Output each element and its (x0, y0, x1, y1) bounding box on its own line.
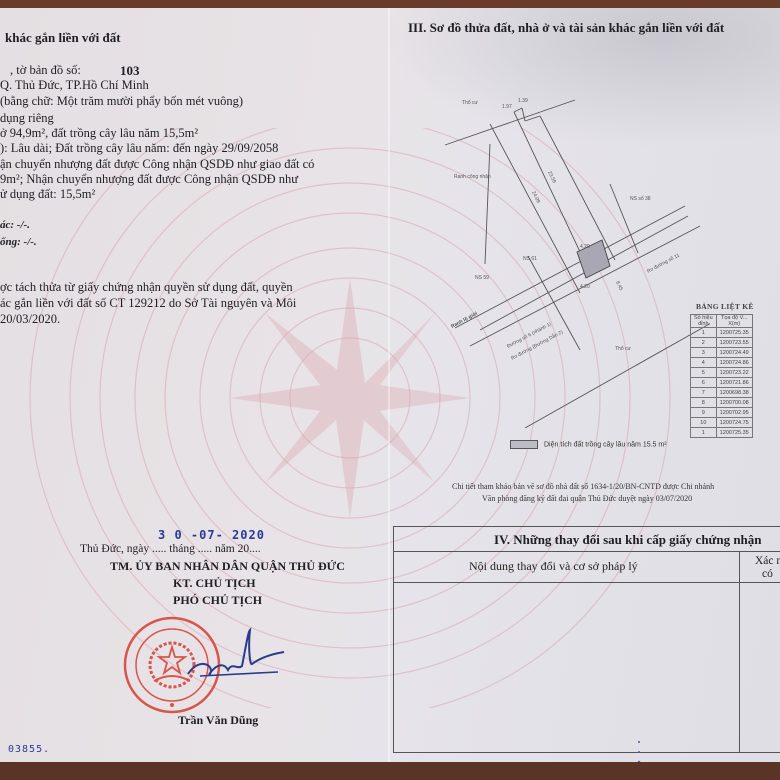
info-line: ử dụng đất: 15,5m² (0, 187, 95, 202)
coord-row: 81200700.08 (691, 398, 753, 408)
svg-text:Ranh lộ giới: Ranh lộ giới (450, 311, 479, 330)
extra-line: ác: -/-. (0, 219, 30, 231)
perforation-mark (635, 738, 643, 764)
coord-cell: 1200723.22 (716, 368, 752, 378)
info-line: 9m²; Nhận chuyển nhượng đất được Công nh… (0, 172, 298, 187)
coord-row: 91200702.95 (691, 408, 753, 418)
left-header: khác gắn liền với đất (5, 30, 121, 46)
coord-cell: 1 (691, 328, 717, 338)
info-line: Q. Thủ Đức, TP.Hồ Chí Minh (0, 78, 149, 93)
svg-text:Ranh công nhận: Ranh công nhận (454, 174, 491, 180)
coord-cell: 1200724.49 (716, 348, 752, 358)
legend-text: Diện tích đất trồng cây lâu năm 15.5 m² (544, 441, 667, 448)
coord-row: 51200723.22 (691, 368, 753, 378)
land-plot-diagram: Thổ cư 1.97 1.39 23.59 24.09 4.29 4.20 8… (430, 88, 710, 428)
svg-text:8.45: 8.45 (614, 280, 624, 292)
coord-cell: 5 (691, 368, 717, 378)
coord-header: Số hiệuđỉnh (691, 315, 717, 328)
reference-note: Chi tiết tham khảo bản vẽ sơ đồ nhà đất … (452, 482, 714, 491)
coord-cell: 3 (691, 348, 717, 358)
section4-col2-header: Xác n (755, 555, 780, 567)
svg-text:NS số 38: NS số 38 (630, 196, 651, 202)
svg-text:4.29: 4.29 (580, 244, 590, 250)
svg-text:23.59: 23.59 (546, 170, 557, 184)
coord-cell: 1200725.35 (716, 328, 752, 338)
origin-line: ợc tách thửa từ giấy chứng nhận quyền sử… (0, 280, 293, 295)
legend-swatch (510, 440, 538, 449)
plot-legend: Diện tích đất trồng cây lâu năm 15.5 m² (510, 440, 667, 449)
coord-row: 11200725.35 (691, 328, 753, 338)
coord-row: 41200724.86 (691, 358, 753, 368)
reference-note: Văn phòng đăng ký đất đai quận Thủ Đức d… (482, 494, 692, 503)
section4-col2-header: có (762, 568, 773, 580)
coord-cell: 6 (691, 378, 717, 388)
svg-text:1.97: 1.97 (502, 104, 512, 110)
section4-col1-header: Nội dung thay đổi và cơ sở pháp lý (469, 559, 638, 574)
coord-cell: 7 (691, 388, 717, 398)
section3-title: III. Sơ đồ thửa đất, nhà ở và tài sản kh… (408, 20, 724, 36)
signer-name: Trần Văn Dũng (178, 713, 258, 728)
coord-table-title: BẢNG LIỆT KÊ (696, 302, 780, 311)
organization: TM. ỦY BAN NHÂN DÂN QUẬN THỦ ĐỨC (110, 559, 345, 574)
certificate-page: khác gắn liền với đất , tờ bản đồ số: 10… (0, 8, 780, 764)
desk-bottom-edge (0, 762, 780, 780)
info-line: (bằng chữ: Một trăm mười phẩy bốn mét vu… (0, 94, 243, 109)
place-date-line: Thủ Đức, ngày ..... tháng ..... năm 20..… (80, 543, 261, 555)
svg-text:NS 59: NS 59 (475, 275, 489, 281)
coord-cell: 8 (691, 398, 717, 408)
svg-text:1.39: 1.39 (518, 98, 528, 104)
coord-row: 31200724.49 (691, 348, 753, 358)
coord-cell: 4 (691, 358, 717, 368)
coord-cell: 1200700.08 (716, 398, 752, 408)
info-line: dụng riêng (0, 111, 54, 126)
info-line: ): Lâu dài; Đất trồng cây lâu năm: đến n… (0, 141, 278, 156)
coord-cell: 1200723.55 (716, 338, 752, 348)
coord-row: 61200721.86 (691, 378, 753, 388)
serial-number: 03855. (8, 744, 50, 755)
coord-cell: 1200698.38 (716, 388, 752, 398)
coord-cell: 9 (691, 408, 717, 418)
signer-title-2: PHÓ CHỦ TỊCH (173, 593, 262, 608)
coord-cell: 1200724.86 (716, 358, 752, 368)
svg-text:NS 61: NS 61 (523, 256, 537, 262)
coord-row: 11200725.35 (691, 428, 753, 438)
coord-cell: 1200721.86 (716, 378, 752, 388)
coord-row: 71200698.38 (691, 388, 753, 398)
coord-row: 21200723.55 (691, 338, 753, 348)
signature-icon (180, 626, 290, 682)
map-sheet-label: , tờ bản đồ số: (10, 63, 81, 78)
svg-text:4.20: 4.20 (580, 284, 590, 290)
coord-cell: 1200725.35 (716, 428, 752, 438)
coord-row: 101200724.75 (691, 418, 753, 428)
coord-cell: 1200724.75 (716, 418, 752, 428)
coordinate-table: BẢNG LIỆT KÊ Số hiệuđỉnh Tọa độ V...X(m)… (690, 302, 780, 438)
origin-line: ác gắn liền với đất số CT 129212 do Sở T… (0, 296, 296, 311)
page-fold (388, 8, 390, 764)
info-line: ận chuyển nhượng đất được Công nhận QSDĐ… (0, 157, 314, 172)
section4-table: IV. Những thay đổi sau khi cấp giấy chứn… (393, 526, 780, 753)
coord-cell: 10 (691, 418, 717, 428)
coord-cell: 2 (691, 338, 717, 348)
extra-line: ống: -/-. (0, 236, 37, 248)
coord-header: Tọa độ V...X(m) (716, 315, 752, 328)
info-line: ở 94,9m², đất trồng cây lâu năm 15,5m² (0, 126, 198, 141)
coord-cell: 1 (691, 428, 717, 438)
date-stamp: 3 0 -07- 2020 (158, 528, 265, 542)
svg-text:Thổ cư: Thổ cư (615, 345, 632, 352)
signer-title-1: KT. CHỦ TỊCH (173, 576, 256, 591)
section4-title: IV. Những thay đổi sau khi cấp giấy chứn… (494, 532, 762, 548)
svg-text:Thổ cư: Thổ cư (462, 99, 479, 106)
svg-text:Ro đường số 11: Ro đường số 11 (646, 252, 681, 274)
coord-cell: 1200702.95 (716, 408, 752, 418)
origin-line: 20/03/2020. (0, 312, 60, 327)
map-sheet-number: 103 (120, 63, 140, 79)
